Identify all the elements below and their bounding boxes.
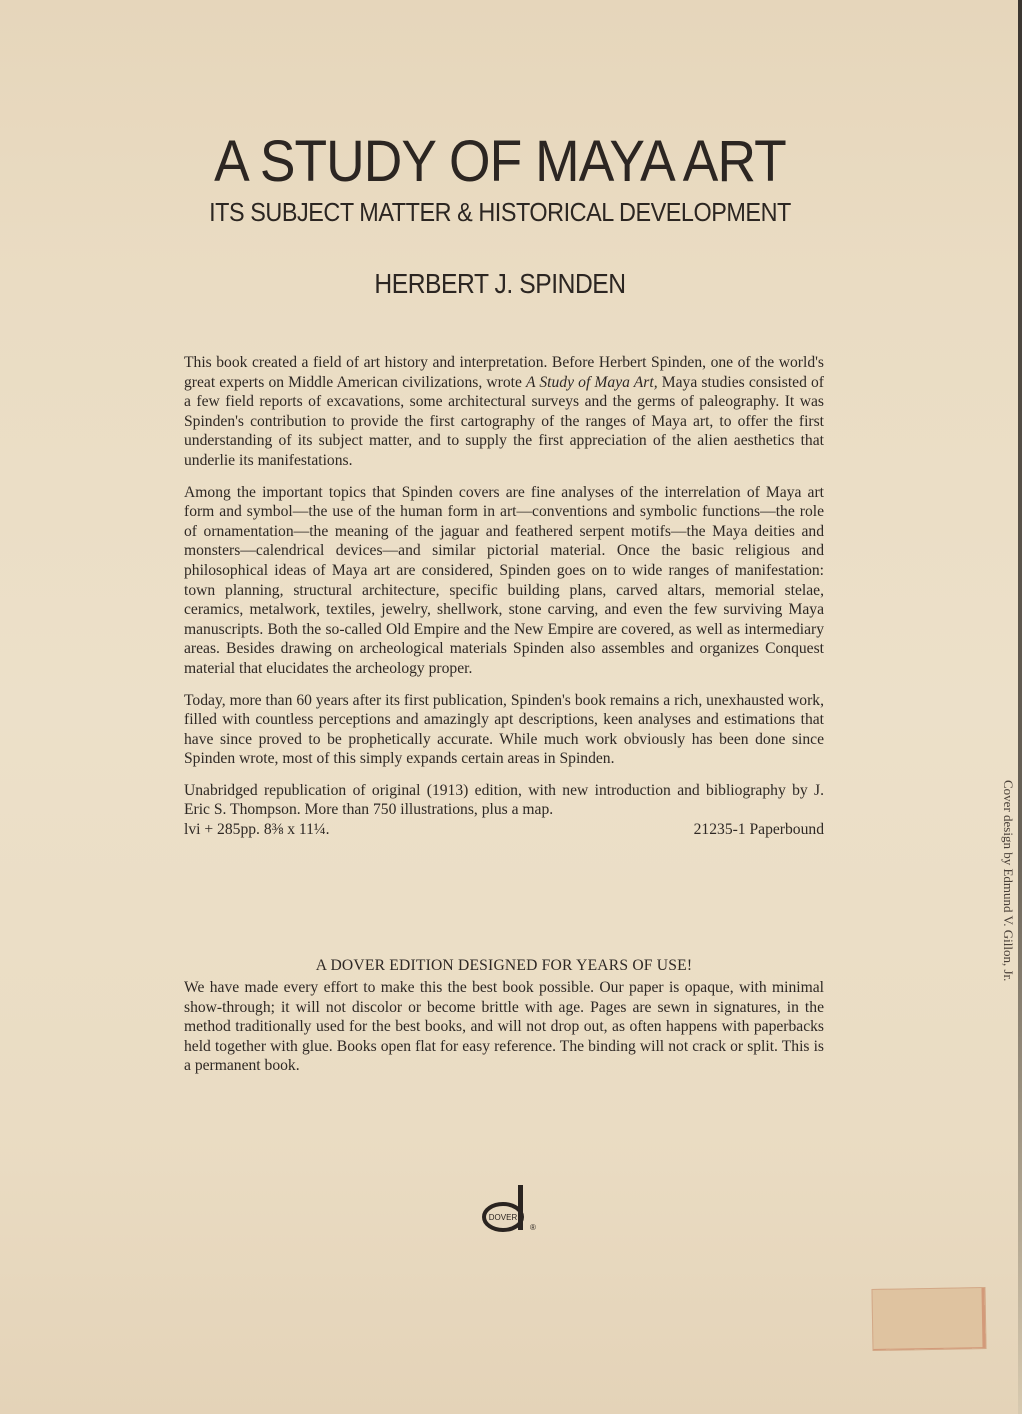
book-title-italic: A Study of Maya Art, — [526, 374, 658, 391]
book-subtitle: ITS SUBJECT MATTER & HISTORICAL DEVELOPM… — [50, 197, 950, 228]
cover-design-credit: Cover design by Edmund V. Gillon, Jr. — [996, 780, 1016, 1040]
description-paragraph-3: Today, more than 60 years after its firs… — [184, 691, 824, 769]
page-specs: lvi + 285pp. 8⅜ x 11¼. — [184, 820, 330, 840]
dover-logo: DOVER ® — [481, 1183, 551, 1233]
spec-line: lvi + 285pp. 8⅜ x 11¼. 21235-1 Paperboun… — [184, 820, 824, 840]
description: This book created a field of art history… — [184, 353, 824, 840]
description-paragraph-2: Among the important topics that Spinden … — [184, 483, 824, 679]
dover-text: We have made every effort to make this t… — [184, 978, 824, 1076]
catalog-number: 21235-1 Paperbound — [694, 820, 824, 840]
dover-heading: A DOVER EDITION DESIGNED FOR YEARS OF US… — [184, 957, 824, 975]
book-title: A STUDY OF MAYA ART — [40, 128, 960, 195]
edition-note: Unabridged republication of original (19… — [184, 781, 824, 820]
price-sticker-residue — [871, 1287, 986, 1351]
description-paragraph-1: This book created a field of art history… — [184, 353, 824, 471]
registered-mark: ® — [530, 1223, 536, 1232]
book-edge — [1018, 0, 1022, 1414]
book-author: HERBERT J. SPINDEN — [60, 268, 940, 300]
logo-text: DOVER — [489, 1213, 518, 1222]
